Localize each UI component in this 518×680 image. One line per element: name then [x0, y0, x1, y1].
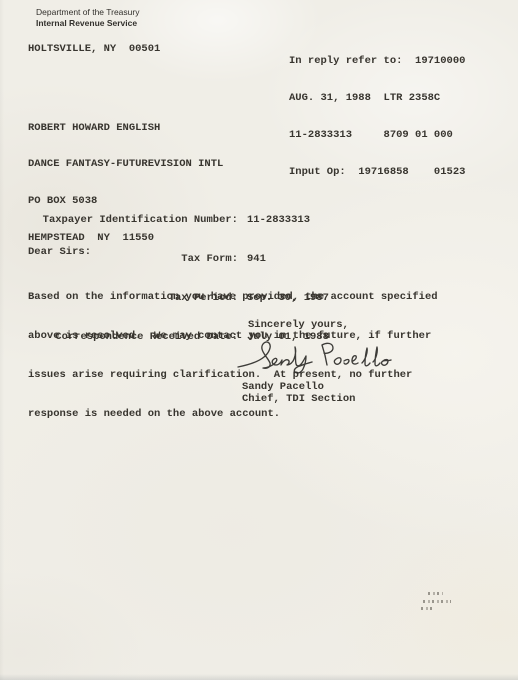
reference-line-input-op: Input Op: 19716858 01523 [289, 166, 465, 178]
reference-line-date-ltr: AUG. 31, 1988 LTR 2358C [289, 92, 465, 104]
case-row-tin: Taxpayer Identification Number: 11-28333… [28, 214, 329, 227]
recipient-company: DANCE FANTASY-FUTUREVISION INTL [28, 158, 223, 170]
service-center-address: HOLTSVILLE, NY 00501 [28, 43, 160, 55]
case-label: Taxpayer Identification Number: [28, 214, 238, 227]
reference-block: In reply refer to: 19710000 AUG. 31, 198… [289, 30, 465, 204]
body-line: Based on the information you have provid… [28, 291, 438, 304]
signer-typed-title: Chief, TDI Section [242, 393, 355, 405]
faint-smudge-mark [428, 592, 443, 595]
irs-letterhead: Department of the Treasury Internal Reve… [36, 7, 139, 28]
reference-line-tin-codes: 11-2833313 8709 01 000 [289, 129, 465, 141]
reference-line-refer-to: In reply refer to: 19710000 [289, 55, 465, 67]
signature-last-name-stroke [322, 343, 391, 365]
signer-typed-name: Sandy Pacello [242, 381, 324, 393]
letterhead-department-line: Department of the Treasury [36, 7, 139, 18]
body-line: response is needed on the above account. [28, 408, 438, 421]
salutation: Dear Sirs: [28, 246, 91, 258]
faint-smudge-mark [421, 607, 435, 610]
signature-first-name-stroke [238, 342, 312, 373]
case-value: 11-2833313 [247, 214, 310, 227]
recipient-name: ROBERT HOWARD ENGLISH [28, 122, 223, 134]
faint-smudge-mark [423, 600, 451, 603]
scanned-irs-letter-page: Department of the Treasury Internal Reve… [0, 0, 518, 680]
valediction: Sincerely yours, [248, 319, 349, 331]
handwritten-signature [234, 337, 394, 375]
letterhead-service-line: Internal Revenue Service [36, 18, 139, 29]
